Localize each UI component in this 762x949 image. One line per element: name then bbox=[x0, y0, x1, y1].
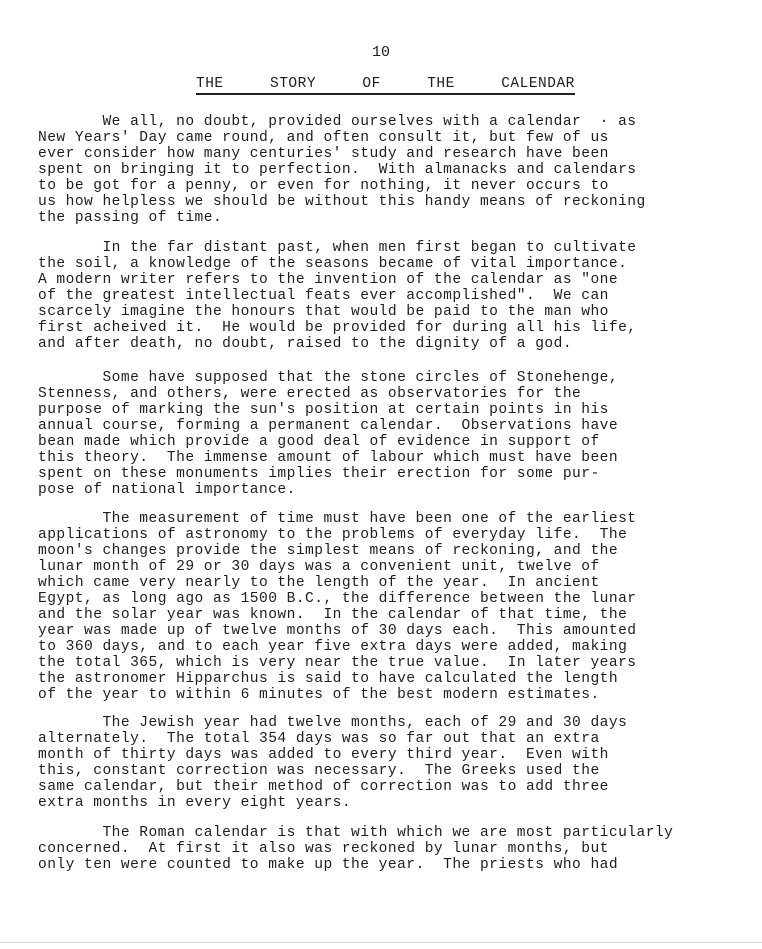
text-line: extra months in every eight years. bbox=[38, 795, 627, 811]
page-number: 10 bbox=[0, 44, 762, 61]
text-line: first acheived it. He would be provided … bbox=[38, 320, 637, 336]
text-line: same calendar, but their method of corre… bbox=[38, 779, 627, 795]
text-line: which came very nearly to the length of … bbox=[38, 575, 637, 591]
text-line: Stenness, and others, were erected as ob… bbox=[38, 386, 618, 402]
text-line: A modern writer refers to the invention … bbox=[38, 272, 637, 288]
paragraph-3: Some have supposed that the stone circle… bbox=[38, 370, 618, 498]
text-line: us how helpless we should be without thi… bbox=[38, 194, 646, 210]
text-line: the total 365, which is very near the tr… bbox=[38, 655, 637, 671]
text-line: and after death, no doubt, raised to the… bbox=[38, 336, 637, 352]
text-line: bean made which provide a good deal of e… bbox=[38, 434, 618, 450]
text-line: The Jewish year had twelve months, each … bbox=[38, 715, 627, 731]
text-line: applications of astronomy to the problem… bbox=[38, 527, 637, 543]
text-line: purpose of marking the sun's position at… bbox=[38, 402, 618, 418]
text-line: Egypt, as long ago as 1500 B.C., the dif… bbox=[38, 591, 637, 607]
text-line: spent on these monuments implies their e… bbox=[38, 466, 618, 482]
text-line: Some have supposed that the stone circle… bbox=[38, 370, 618, 386]
text-line: year was made up of twelve months of 30 … bbox=[38, 623, 637, 639]
text-line: We all, no doubt, provided ourselves wit… bbox=[38, 114, 646, 130]
text-line: this theory. The immense amount of labou… bbox=[38, 450, 618, 466]
text-line: and the solar year was known. In the cal… bbox=[38, 607, 637, 623]
paragraph-4: The measurement of time must have been o… bbox=[38, 511, 637, 703]
text-line: alternately. The total 354 days was so f… bbox=[38, 731, 627, 747]
text-line: to 360 days, and to each year five extra… bbox=[38, 639, 637, 655]
text-line: scarcely imagine the honours that would … bbox=[38, 304, 637, 320]
page-edge bbox=[0, 942, 762, 943]
text-line: this, constant correction was necessary.… bbox=[38, 763, 627, 779]
text-line: New Years' Day came round, and often con… bbox=[38, 130, 646, 146]
text-line: ever consider how many centuries' study … bbox=[38, 146, 646, 162]
text-line: the astronomer Hipparchus is said to hav… bbox=[38, 671, 637, 687]
text-line: only ten were counted to make up the yea… bbox=[38, 857, 673, 873]
text-line: lunar month of 29 or 30 days was a conve… bbox=[38, 559, 637, 575]
text-line: the soil, a knowledge of the seasons bec… bbox=[38, 256, 637, 272]
paragraph-6: The Roman calendar is that with which we… bbox=[38, 825, 673, 873]
text-line: moon's changes provide the simplest mean… bbox=[38, 543, 637, 559]
text-line: to be got for a penny, or even for nothi… bbox=[38, 178, 646, 194]
paragraph-5: The Jewish year had twelve months, each … bbox=[38, 715, 627, 811]
text-line: The measurement of time must have been o… bbox=[38, 511, 637, 527]
text-line: spent on bringing it to perfection. With… bbox=[38, 162, 646, 178]
page-title: THE STORY OF THE CALENDAR bbox=[196, 76, 575, 95]
text-line: pose of national importance. bbox=[38, 482, 618, 498]
text-line: of the greatest intellectual feats ever … bbox=[38, 288, 637, 304]
text-line: of the year to within 6 minutes of the b… bbox=[38, 687, 637, 703]
text-line: concerned. At first it also was reckoned… bbox=[38, 841, 673, 857]
paragraph-2: In the far distant past, when men first … bbox=[38, 240, 637, 352]
text-line: In the far distant past, when men first … bbox=[38, 240, 637, 256]
text-line: month of thirty days was added to every … bbox=[38, 747, 627, 763]
text-line: the passing of time. bbox=[38, 210, 646, 226]
text-line: annual course, forming a permanent calen… bbox=[38, 418, 618, 434]
text-line: The Roman calendar is that with which we… bbox=[38, 825, 673, 841]
paragraph-1: We all, no doubt, provided ourselves wit… bbox=[38, 114, 646, 226]
